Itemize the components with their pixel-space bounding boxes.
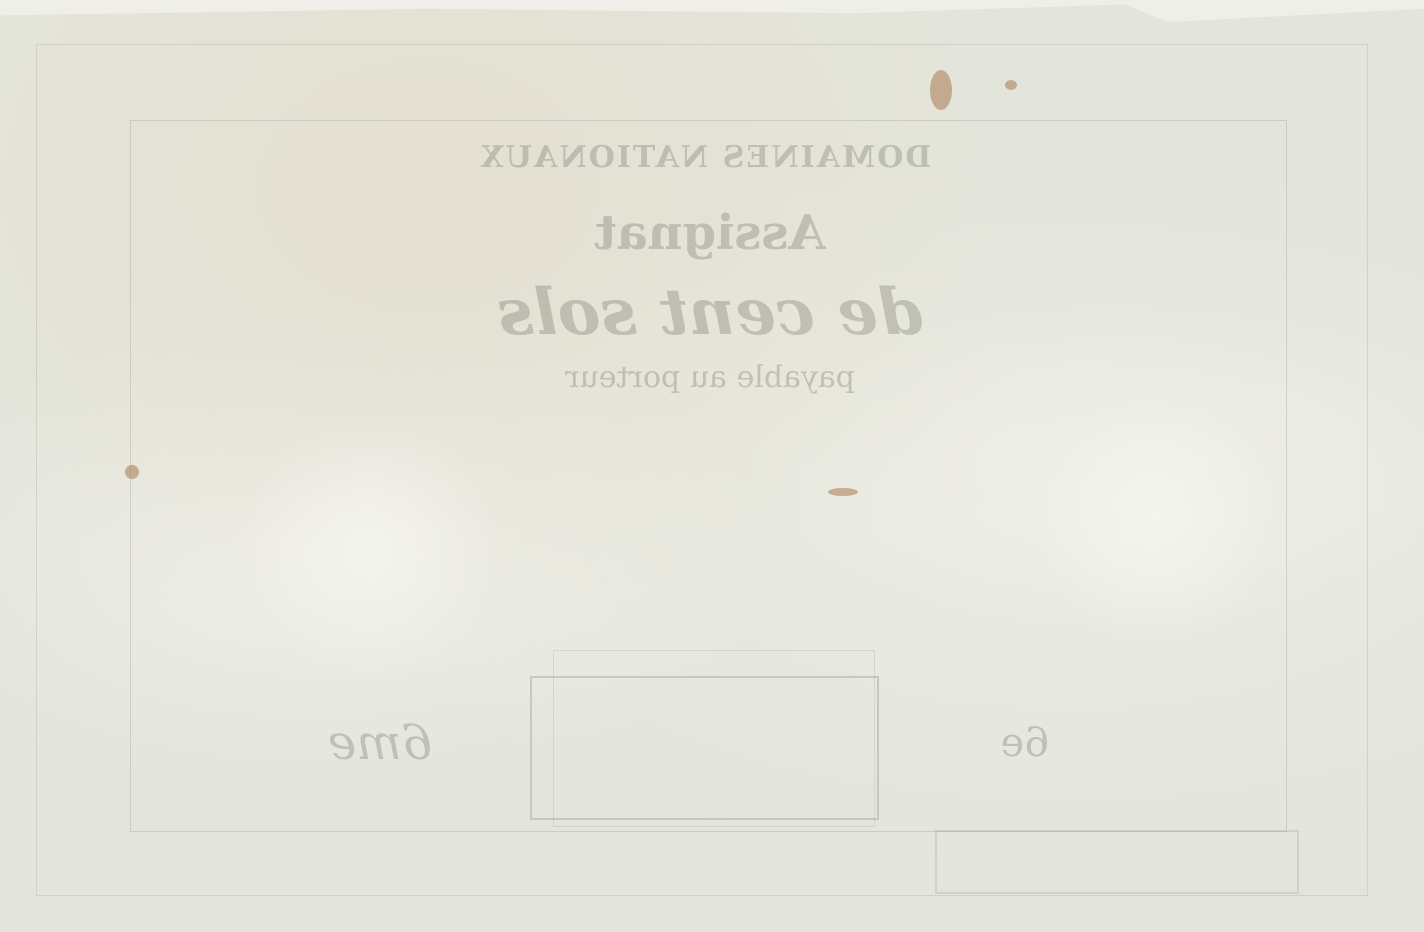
mirrored-serie-right: 6e [990,720,1060,766]
mirrored-title: Assignat [560,205,860,261]
rust-stain [125,465,139,479]
rust-stain [828,488,858,496]
rust-stain [930,70,952,110]
mirrored-denomination: de cent sols [420,275,1000,350]
right-dry-seal [1040,380,1270,660]
mirrored-serie-left: 6me [240,715,520,771]
number-box [530,676,879,820]
left-dry-seal [250,400,490,700]
corner-box [935,830,1299,894]
mirrored-payable: payable au porteur [450,360,970,395]
mirrored-heading: DOMAINES NATIONAUX [420,140,990,175]
rust-stain [1005,80,1017,90]
